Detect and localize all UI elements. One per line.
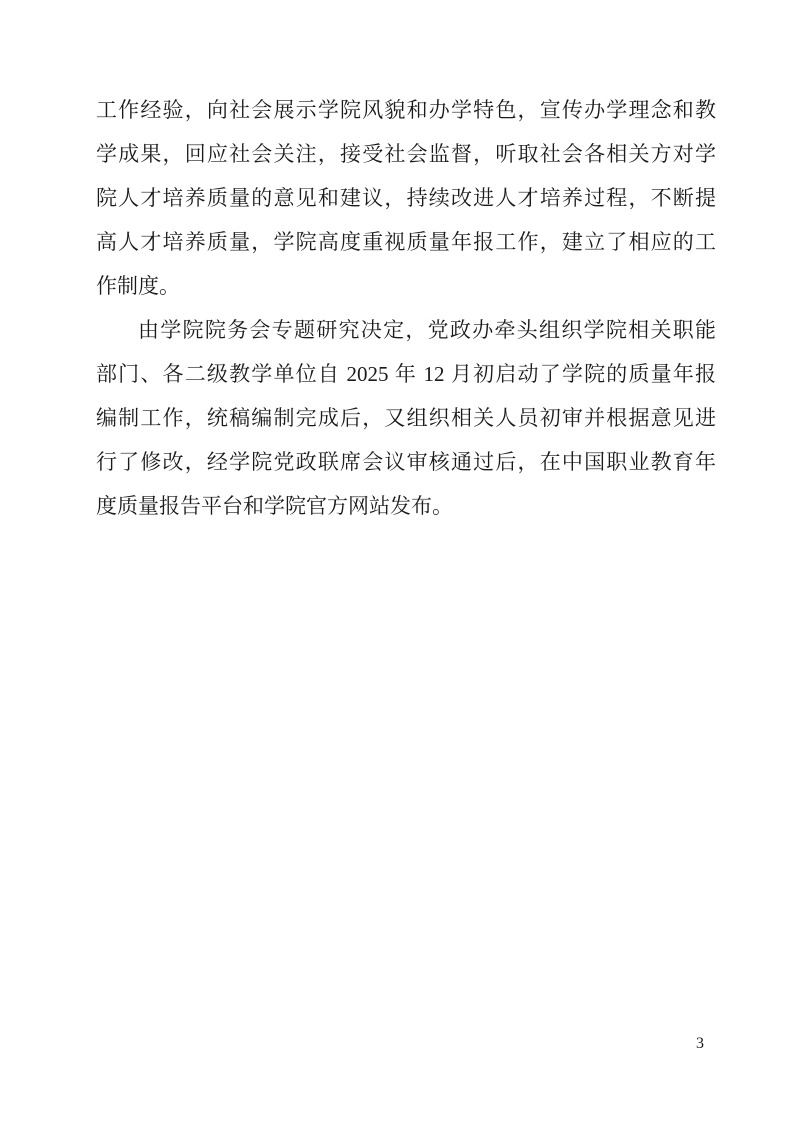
body-text-block: 工作经验，向社会展示学院风貌和办学特色，宣传办学理念和教 学成果，回应社会关注，… — [96, 88, 716, 528]
text-line: 工作经验，向社会展示学院风貌和办学特色，宣传办学理念和教 — [96, 88, 716, 132]
document-page: 工作经验，向社会展示学院风貌和办学特色，宣传办学理念和教 学成果，回应社会关注，… — [0, 0, 800, 1132]
text-line: 高人才培养质量，学院高度重视质量年报工作，建立了相应的工 — [96, 220, 716, 264]
text-line: 行了修改，经学院党政联席会议审核通过后，在中国职业教育年 — [96, 440, 716, 484]
text-line: 编制工作，统稿编制完成后，又组织相关人员初审并根据意见进 — [96, 396, 716, 440]
page-number: 3 — [0, 1033, 704, 1055]
text-line: 由学院院务会专题研究决定，党政办牵头组织学院相关职能 — [96, 308, 716, 352]
text-line: 学成果，回应社会关注，接受社会监督，听取社会各相关方对学 — [96, 132, 716, 176]
text-line: 院人才培养质量的意见和建议，持续改进人才培养过程，不断提 — [96, 176, 716, 220]
text-line: 度质量报告平台和学院官方网站发布。 — [96, 484, 716, 528]
text-line: 作制度。 — [96, 264, 716, 308]
text-line: 部门、各二级教学单位自 2025 年 12 月初启动了学院的质量年报 — [96, 352, 716, 396]
